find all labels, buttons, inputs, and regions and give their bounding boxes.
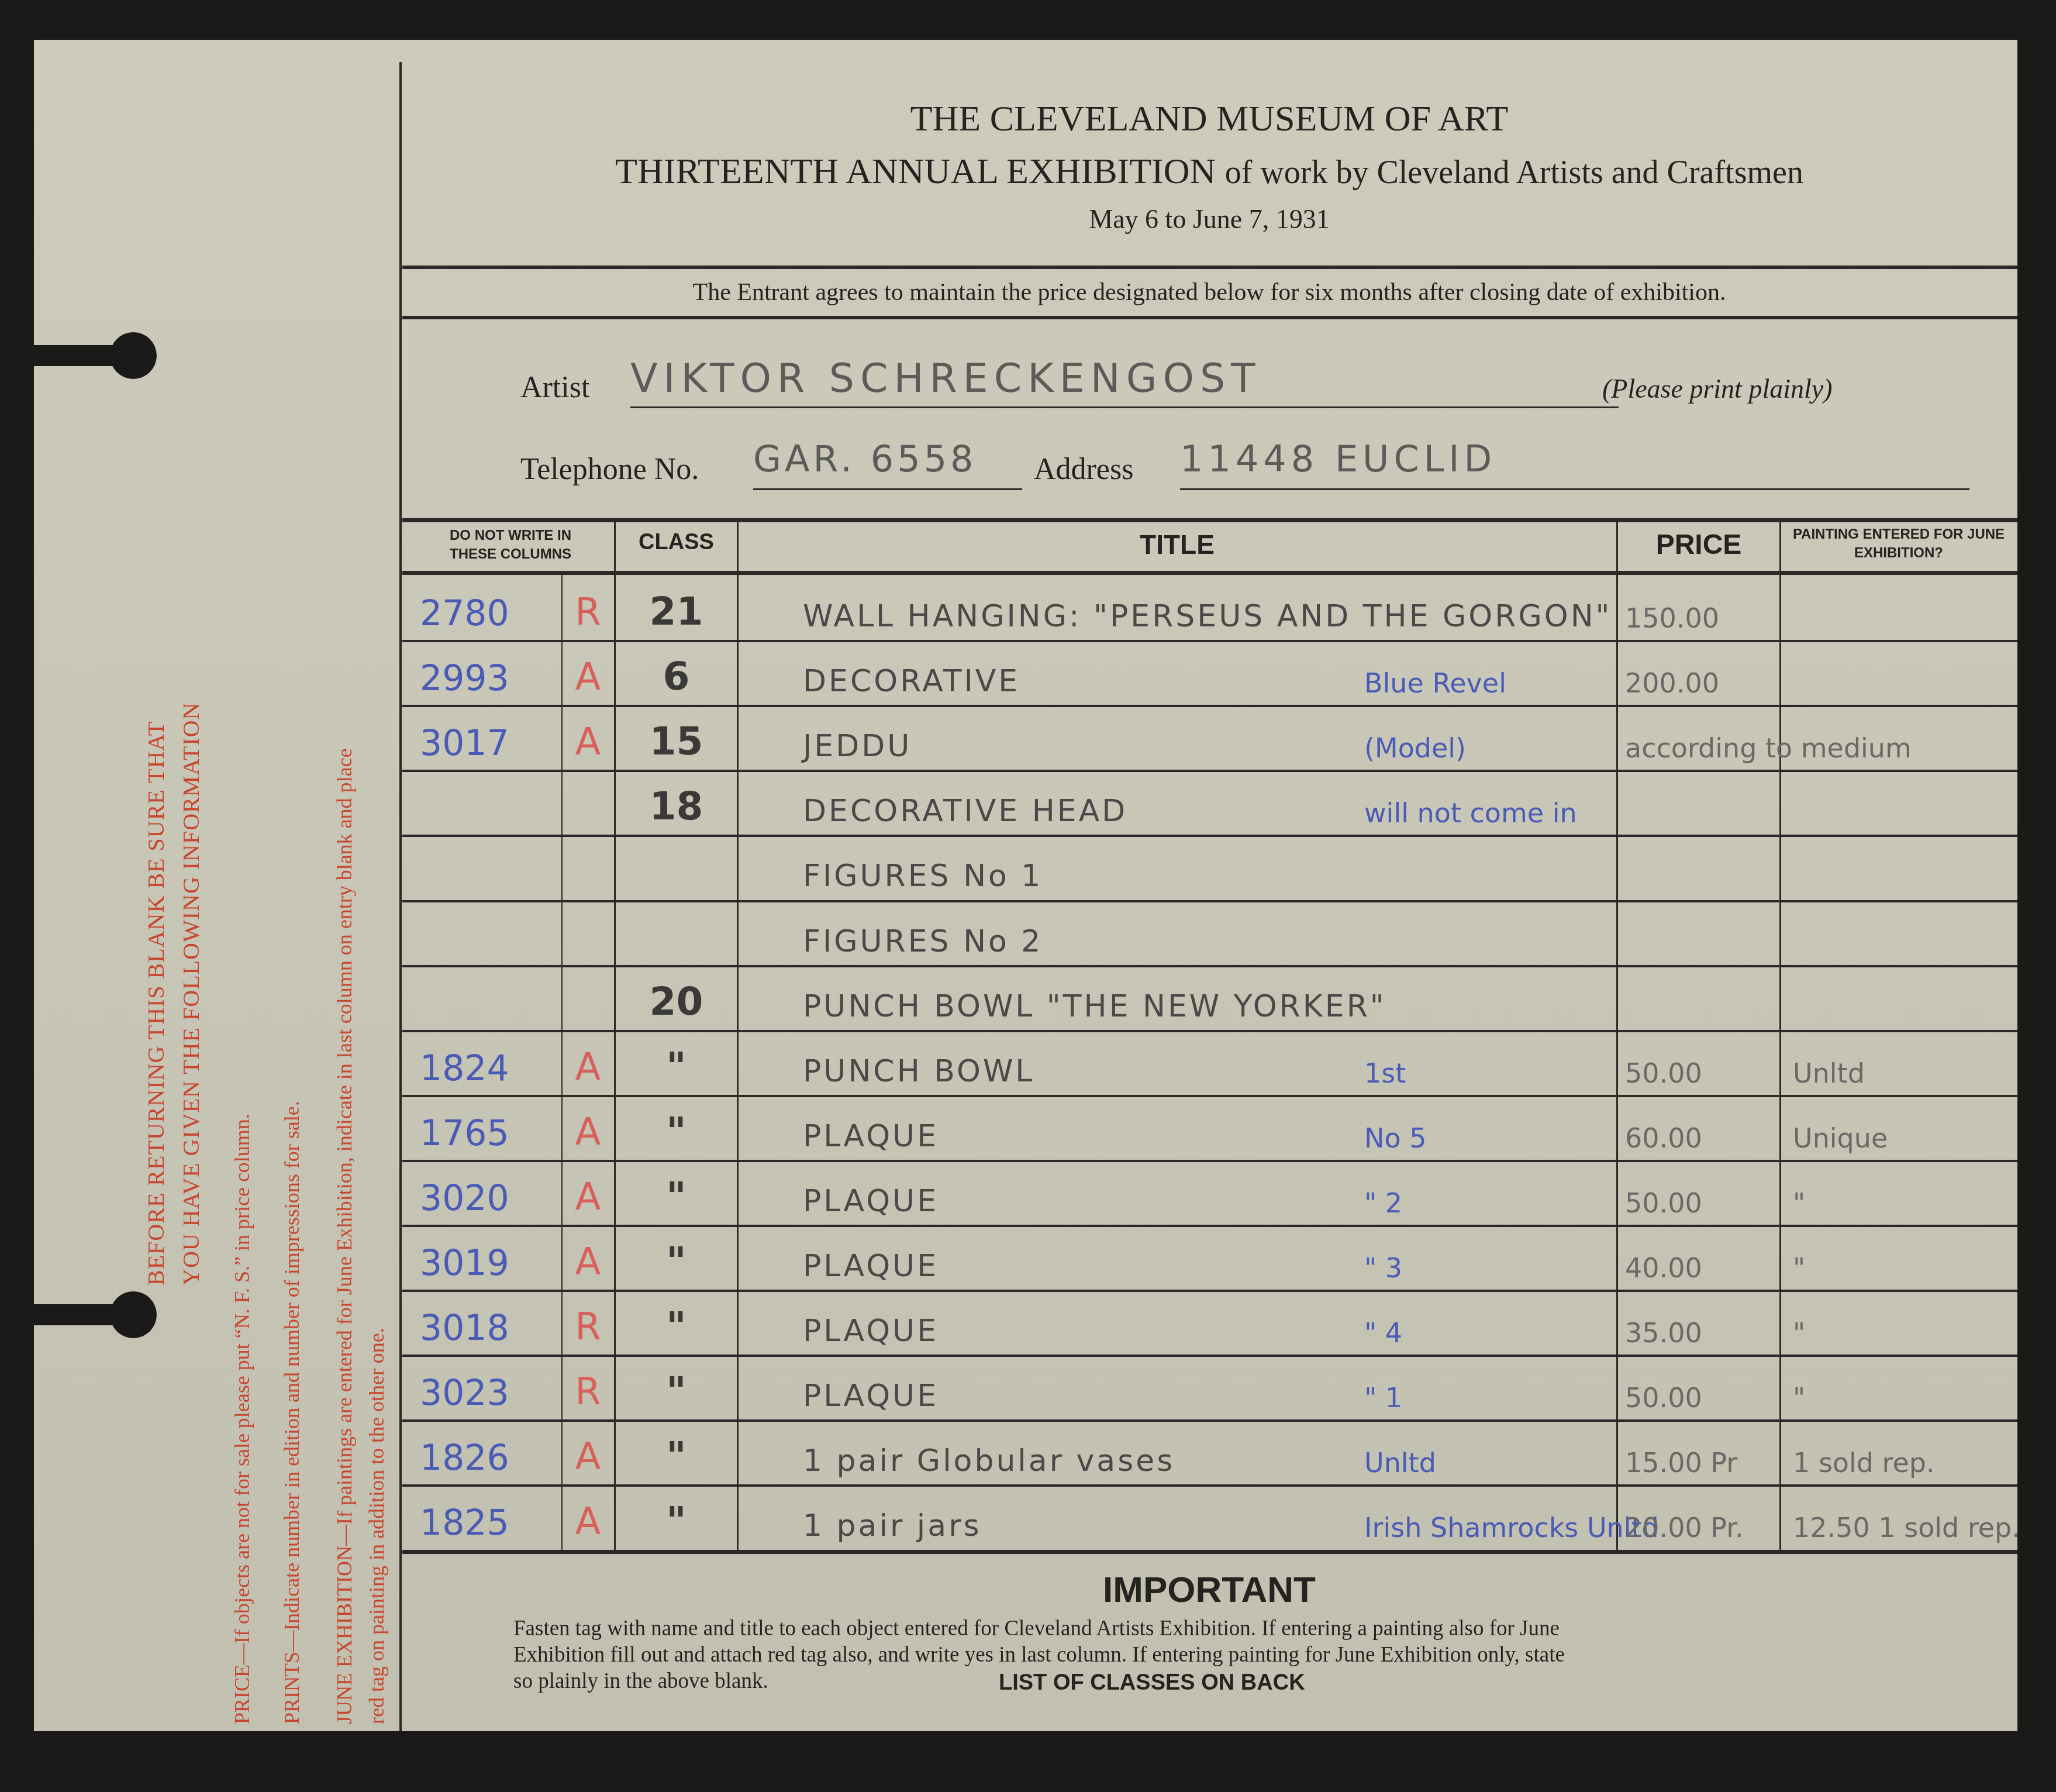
title-note-cell[interactable]: " 2 xyxy=(1358,1160,1616,1225)
title-note-cell[interactable]: (Model) xyxy=(1358,705,1616,770)
office-number-cell[interactable]: 3019 xyxy=(408,1225,560,1290)
title-note-cell[interactable] xyxy=(1358,575,1616,640)
agreement-rule xyxy=(402,316,2017,319)
title-note-cell[interactable]: " 4 xyxy=(1358,1290,1616,1355)
office-number-cell[interactable]: 1824 xyxy=(408,1030,560,1095)
office-number-cell[interactable]: 1765 xyxy=(408,1095,560,1160)
june-exhibition-cell[interactable]: 12.50 1 sold rep. xyxy=(1781,1484,2016,1549)
office-number-cell[interactable]: 3018 xyxy=(408,1290,560,1355)
price-cell[interactable] xyxy=(1618,835,1779,900)
june-exhibition-cell[interactable] xyxy=(1781,835,2016,900)
class-cell[interactable]: " xyxy=(616,1290,737,1355)
title-note-cell[interactable]: Unltd xyxy=(1358,1419,1616,1484)
exhibition-title-caps: THIRTEENTH ANNUAL EXHIBITION xyxy=(615,151,1216,191)
office-mark-cell[interactable]: R xyxy=(563,575,613,640)
class-cell[interactable]: 21 xyxy=(616,575,737,640)
title-note-cell[interactable]: 1st xyxy=(1358,1030,1616,1095)
class-cell[interactable]: " xyxy=(616,1225,737,1290)
june-exhibition-cell[interactable]: " xyxy=(1781,1160,2016,1225)
class-cell[interactable]: " xyxy=(616,1355,737,1419)
price-cell[interactable] xyxy=(1618,965,1779,1030)
class-cell[interactable]: 15 xyxy=(616,705,737,770)
office-number-cell[interactable] xyxy=(408,835,560,900)
title-cell[interactable]: DECORATIVE xyxy=(739,640,1358,705)
price-cell[interactable]: 200.00 xyxy=(1618,640,1779,705)
office-mark-cell[interactable]: R xyxy=(563,1290,613,1355)
title-cell[interactable]: PLAQUE xyxy=(739,1095,1358,1160)
class-cell[interactable]: " xyxy=(616,1160,737,1225)
price-cell[interactable]: 35.00 xyxy=(1618,1290,1779,1355)
title-note-cell[interactable]: " 3 xyxy=(1358,1225,1616,1290)
june-exhibition-cell[interactable]: 1 sold rep. xyxy=(1781,1419,2016,1484)
exhibition-title-rest: of work by Cleveland Artists and Craftsm… xyxy=(1225,154,1803,191)
class-cell[interactable]: " xyxy=(616,1030,737,1095)
title-note-cell[interactable] xyxy=(1358,835,1616,900)
price-cell[interactable] xyxy=(1618,770,1779,835)
june-exhibition-cell[interactable]: Unltd xyxy=(1781,1030,2016,1095)
office-number-cell[interactable]: 1825 xyxy=(408,1484,560,1549)
title-cell[interactable]: PUNCH BOWL "THE NEW YORKER" xyxy=(739,965,1358,1030)
important-heading: IMPORTANT xyxy=(402,1569,2016,1611)
office-number-cell[interactable]: 3023 xyxy=(408,1355,560,1419)
june-exhibition-cell[interactable] xyxy=(1781,640,2016,705)
price-cell[interactable]: 50.00 xyxy=(1618,1355,1779,1419)
office-number-cell[interactable] xyxy=(408,965,560,1030)
header-rule xyxy=(402,266,2017,269)
museum-title: THE CLEVELAND MUSEUM OF ART xyxy=(402,98,2016,140)
important-line-2: Exhibition fill out and attach red tag a… xyxy=(513,1642,1565,1667)
title-cell[interactable]: PLAQUE xyxy=(739,1290,1358,1355)
office-mark-cell[interactable]: A xyxy=(563,1030,613,1095)
before-returning-line2: YOU HAVE GIVEN THE FOLLOWING INFORMATION xyxy=(177,702,205,1286)
price-cell[interactable]: 50.00 xyxy=(1618,1030,1779,1095)
title-note-cell[interactable]: " 1 xyxy=(1358,1355,1616,1419)
june-exhibition-cell[interactable] xyxy=(1781,770,2016,835)
header-title: TITLE xyxy=(739,529,1616,560)
june-instruction-line1: JUNE EXHIBITION—If paintings are entered… xyxy=(332,748,357,1724)
title-note-cell[interactable] xyxy=(1358,900,1616,965)
artist-field[interactable]: VIKTOR SCHRECKENGOST xyxy=(630,356,1619,408)
address-field[interactable]: 11448 EUCLID xyxy=(1180,437,1969,490)
title-cell[interactable]: FIGURES No 2 xyxy=(739,900,1358,965)
table-header-rule xyxy=(402,571,2017,575)
important-line-1: Fasten tag with name and title to each o… xyxy=(513,1616,1560,1641)
office-mark-cell[interactable]: A xyxy=(563,1095,613,1160)
address-label: Address xyxy=(1034,452,1133,487)
june-exhibition-cell[interactable] xyxy=(1781,900,2016,965)
title-cell[interactable]: 1 pair jars xyxy=(739,1484,1358,1549)
class-cell[interactable]: " xyxy=(616,1484,737,1549)
class-cell[interactable] xyxy=(616,900,737,965)
title-cell[interactable]: PUNCH BOWL xyxy=(739,1030,1358,1095)
june-exhibition-cell[interactable]: " xyxy=(1781,1355,2016,1419)
june-exhibition-cell[interactable] xyxy=(1781,965,2016,1030)
june-exhibition-cell[interactable]: Unique xyxy=(1781,1095,2016,1160)
title-cell[interactable]: WALL HANGING: "PERSEUS AND THE GORGON" xyxy=(739,575,1358,640)
title-cell[interactable]: FIGURES No 1 xyxy=(739,835,1358,900)
list-of-classes-note: LIST OF CLASSES ON BACK xyxy=(999,1670,1305,1695)
exhibition-dates: May 6 to June 7, 1931 xyxy=(402,204,2016,235)
office-number-cell[interactable]: 2993 xyxy=(408,640,560,705)
june-exhibition-cell[interactable] xyxy=(1781,575,2016,640)
office-mark-cell[interactable]: A xyxy=(563,705,613,770)
prints-instruction: PRINTS—Indicate number in edition and nu… xyxy=(280,1101,304,1724)
office-number-cell[interactable]: 3017 xyxy=(408,705,560,770)
header-office-columns: DO NOT WRITE IN THESE COLUMNS xyxy=(408,526,613,564)
telephone-field[interactable]: GAR. 6558 xyxy=(753,437,1022,490)
office-number-cell[interactable]: 3020 xyxy=(408,1160,560,1225)
office-mark-cell[interactable] xyxy=(563,900,613,965)
exhibition-title: THIRTEENTH ANNUAL EXHIBITION of work by … xyxy=(402,151,2016,192)
office-mark-cell[interactable]: A xyxy=(563,1160,613,1225)
class-cell[interactable]: " xyxy=(616,1419,737,1484)
title-note-cell[interactable]: will not come in xyxy=(1358,770,1616,835)
june-exhibition-cell[interactable]: " xyxy=(1781,1290,2016,1355)
price-cell[interactable]: 50.00 xyxy=(1618,1160,1779,1225)
office-number-cell[interactable]: 1826 xyxy=(408,1419,560,1484)
table-bottom-rule xyxy=(402,1550,2017,1554)
office-mark-cell[interactable]: A xyxy=(563,1225,613,1290)
price-cell[interactable]: 20.00 Pr. xyxy=(1618,1484,1779,1549)
office-mark-cell[interactable]: A xyxy=(563,1419,613,1484)
price-instruction: PRICE—If objects are not for sale please… xyxy=(230,1114,254,1724)
title-note-cell[interactable]: Irish Shamrocks Unltd xyxy=(1358,1484,1616,1549)
title-cell[interactable]: PLAQUE xyxy=(739,1160,1358,1225)
artist-label: Artist xyxy=(520,370,589,405)
before-returning-line1: BEFORE RETURNING THIS BLANK BE SURE THAT xyxy=(142,721,170,1286)
office-number-cell[interactable]: 2780 xyxy=(408,575,560,640)
office-mark-cell[interactable]: A xyxy=(563,1484,613,1549)
instructions-strip: BEFORE RETURNING THIS BLANK BE SURE THAT… xyxy=(34,40,399,1731)
important-line-3: so plainly in the above blank. xyxy=(513,1669,768,1694)
office-mark-cell[interactable] xyxy=(563,835,613,900)
title-cell[interactable]: JEDDU xyxy=(739,705,1358,770)
price-cell[interactable]: 150.00 xyxy=(1618,575,1779,640)
price-cell[interactable]: 60.00 xyxy=(1618,1095,1779,1160)
office-number-cell[interactable] xyxy=(408,900,560,965)
table-top-rule xyxy=(402,518,2017,522)
entry-form-paper: BEFORE RETURNING THIS BLANK BE SURE THAT… xyxy=(34,40,2017,1731)
title-cell[interactable]: PLAQUE xyxy=(739,1225,1358,1290)
header-june-exhibition: PAINTING ENTERED FOR JUNE EXHIBITION? xyxy=(1781,525,2016,563)
price-cell[interactable] xyxy=(1618,900,1779,965)
office-mark-cell[interactable]: A xyxy=(563,640,613,705)
june-exhibition-cell[interactable] xyxy=(1781,705,2016,770)
class-cell[interactable]: " xyxy=(616,1095,737,1160)
col-divider-office-mark xyxy=(561,575,563,1550)
class-cell[interactable]: 20 xyxy=(616,965,737,1030)
title-note-cell[interactable] xyxy=(1358,965,1616,1030)
office-mark-cell[interactable] xyxy=(563,965,613,1030)
june-instruction-line2: red tag on painting in addition to the o… xyxy=(364,1328,389,1724)
class-cell[interactable]: 18 xyxy=(616,770,737,835)
office-mark-cell[interactable] xyxy=(563,770,613,835)
title-cell[interactable]: PLAQUE xyxy=(739,1355,1358,1419)
class-cell[interactable] xyxy=(616,835,737,900)
price-cell[interactable]: according to medium xyxy=(1618,705,1779,770)
price-cell[interactable]: 15.00 Pr xyxy=(1618,1419,1779,1484)
header-price: PRICE xyxy=(1618,529,1779,561)
agreement-text: The Entrant agrees to maintain the price… xyxy=(402,278,2016,306)
title-cell[interactable]: DECORATIVE HEAD xyxy=(739,770,1358,835)
class-cell[interactable]: 6 xyxy=(616,640,737,705)
june-exhibition-cell[interactable]: " xyxy=(1781,1225,2016,1290)
artist-hint: (Please print plainly) xyxy=(1602,373,1832,404)
telephone-label: Telephone No. xyxy=(520,452,699,487)
price-cell[interactable]: 40.00 xyxy=(1618,1225,1779,1290)
office-mark-cell[interactable]: R xyxy=(563,1355,613,1419)
title-note-cell[interactable]: No 5 xyxy=(1358,1095,1616,1160)
strip-divider xyxy=(399,62,402,1731)
title-note-cell[interactable]: Blue Revel xyxy=(1358,640,1616,705)
header-class: CLASS xyxy=(616,530,737,555)
office-number-cell[interactable] xyxy=(408,770,560,835)
title-cell[interactable]: 1 pair Globular vases xyxy=(739,1419,1358,1484)
